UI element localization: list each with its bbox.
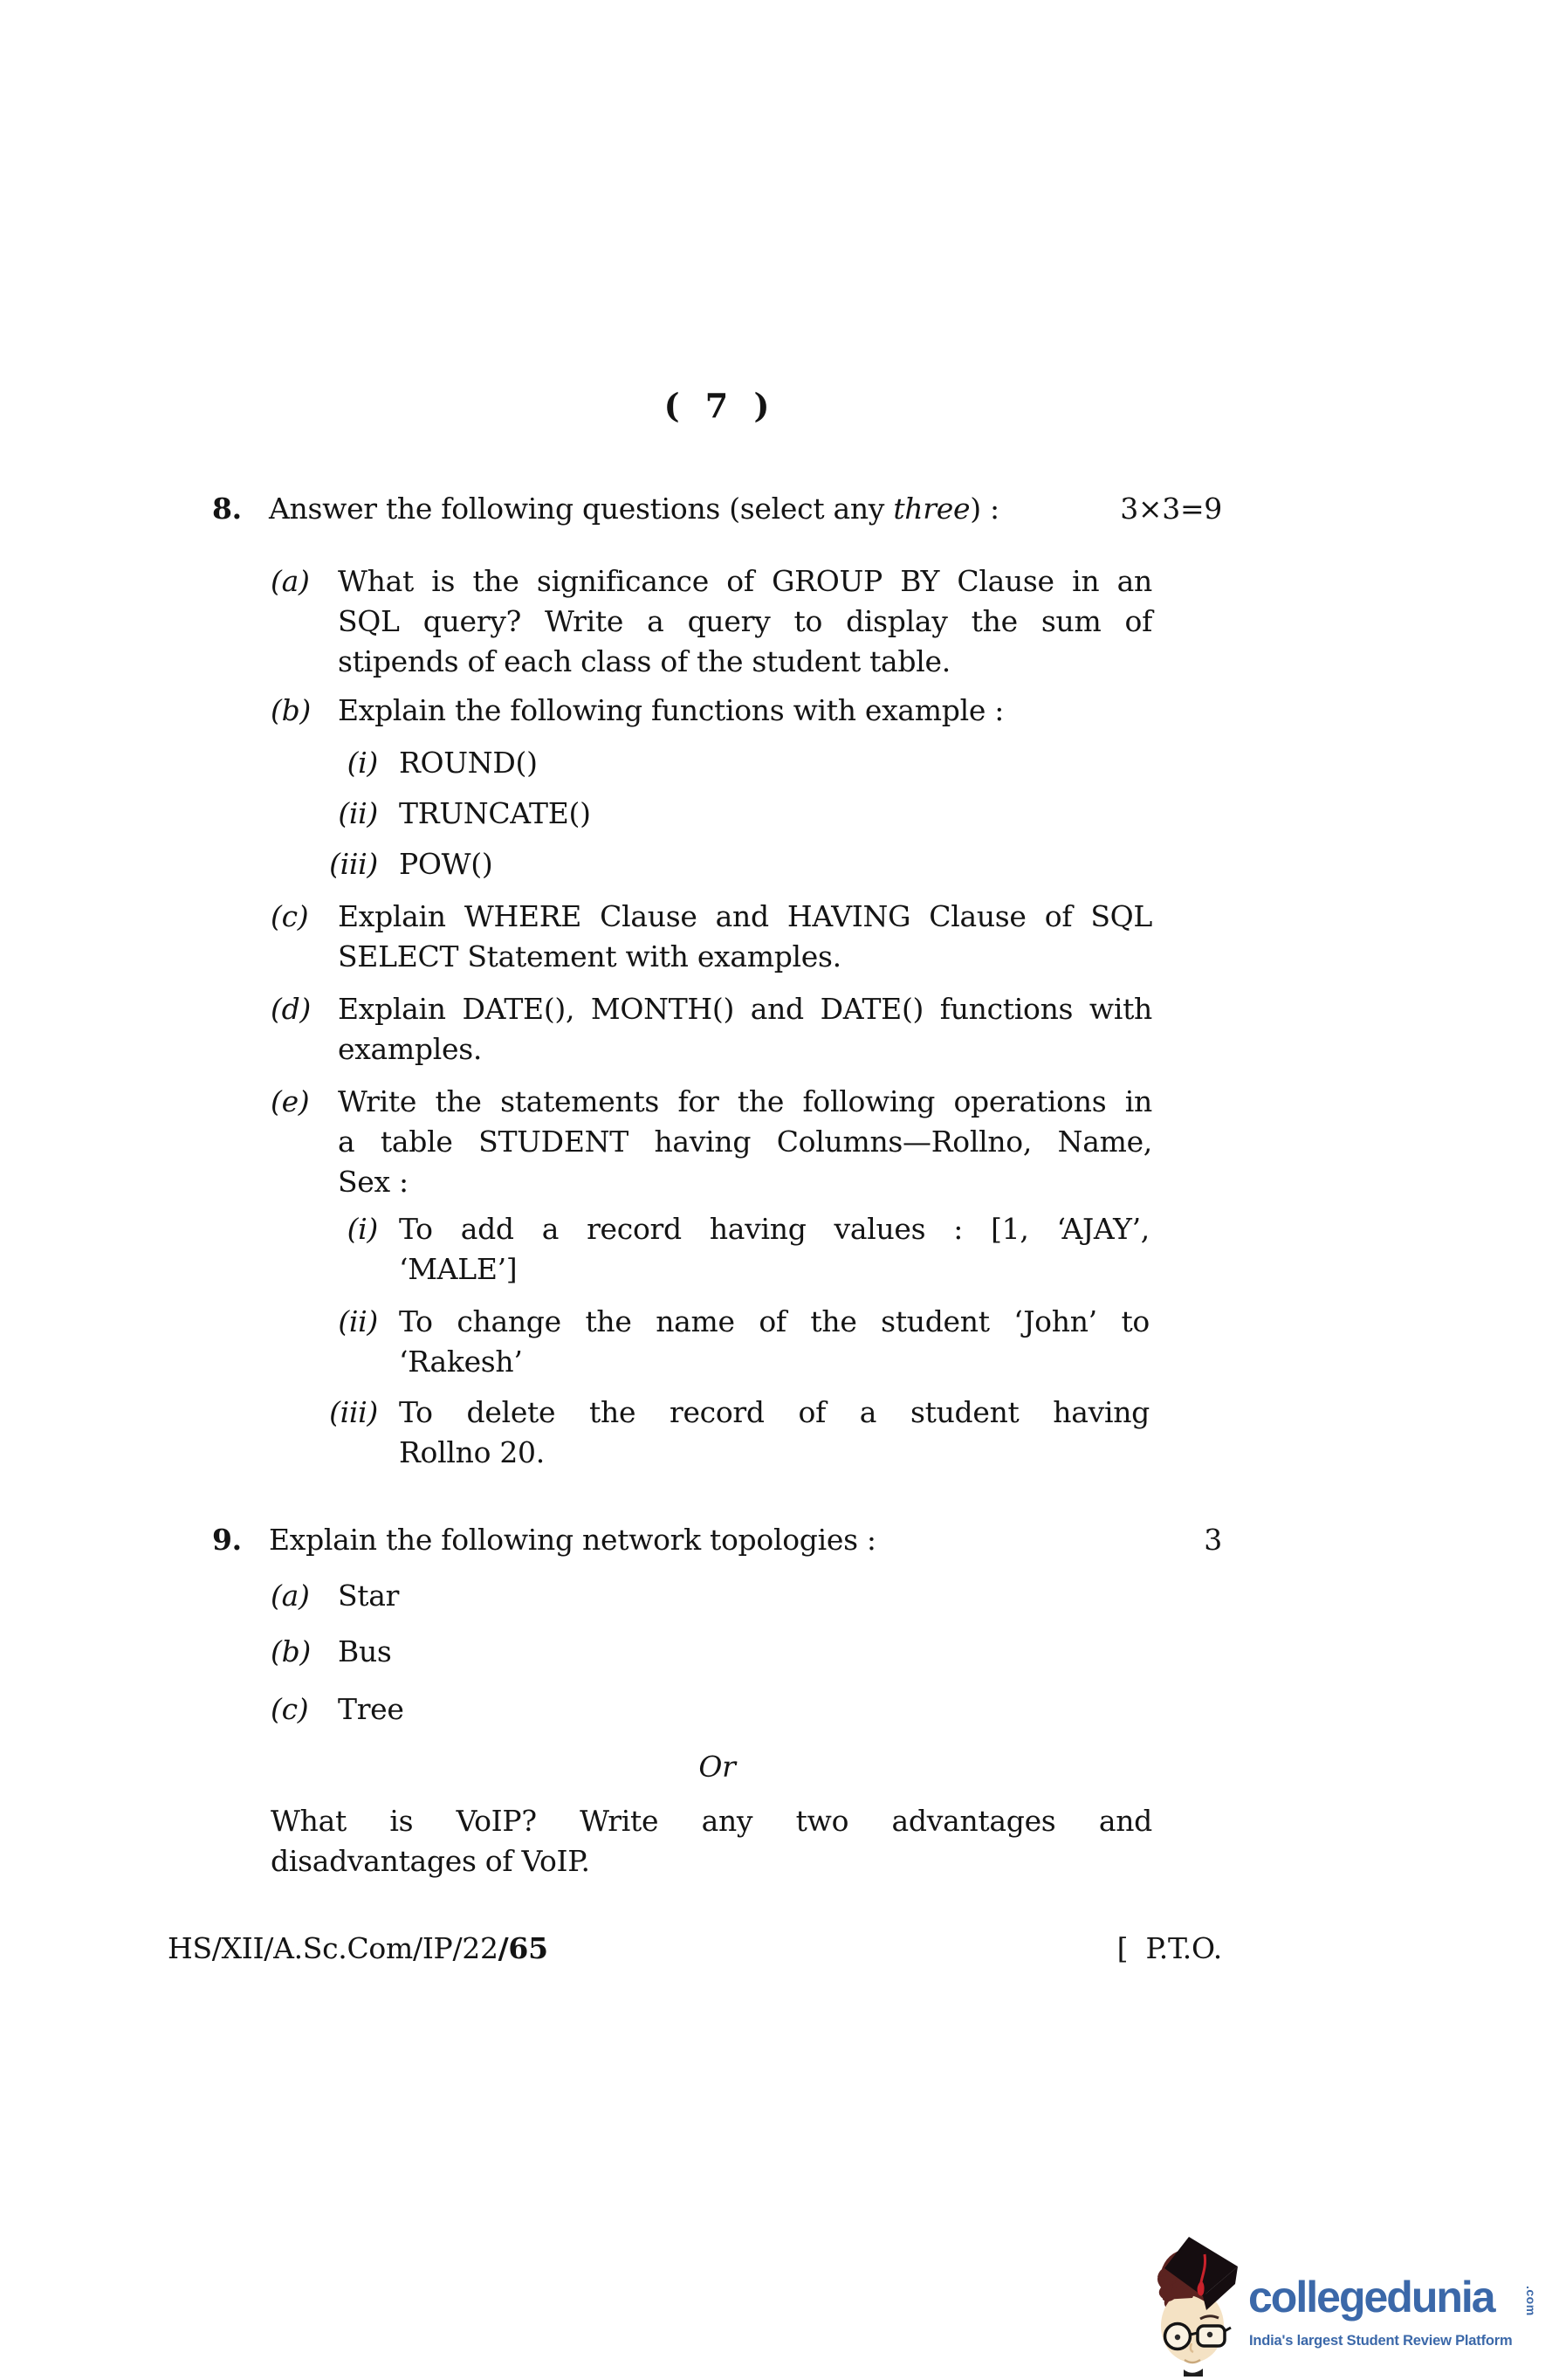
q9-item-a: (a) Star bbox=[271, 1576, 1222, 1616]
collegedunia-mascot-icon bbox=[1150, 2237, 1240, 2377]
text-line: TRUNCATE() bbox=[399, 794, 1150, 834]
q8-text-italic: three bbox=[893, 492, 970, 526]
q8-item-b-text: Explain the following functions with exa… bbox=[338, 691, 1152, 731]
text-line: Sex : bbox=[338, 1162, 1152, 1202]
q8-item-c-text: Explain WHERE Clause and HAVING Clause o… bbox=[338, 897, 1152, 977]
question-8-text: Answer the following questions (select a… bbox=[269, 489, 999, 529]
exam-paper-page: ( 7 ) 8. Answer the following questions … bbox=[0, 0, 1559, 2380]
text-line: Write the statements for the following o… bbox=[338, 1082, 1152, 1122]
q8-item-b-sub-iii: (iii) POW() bbox=[292, 844, 1222, 884]
page-content: ( 7 ) 8. Answer the following questions … bbox=[212, 386, 1222, 1881]
q8-text-post: ) : bbox=[970, 492, 999, 526]
q8-item-b-sub-i: (i) ROUND() bbox=[292, 743, 1222, 783]
text-line: To add a record having values : [1, ‘AJA… bbox=[399, 1209, 1150, 1249]
text-line: POW() bbox=[399, 844, 1150, 884]
sub-item-label: (iii) bbox=[292, 844, 378, 884]
text-line: ROUND() bbox=[399, 743, 1150, 783]
text-line: SELECT Statement with examples. bbox=[338, 937, 1152, 977]
q9-item-b-label: (b) bbox=[271, 1632, 338, 1672]
q8-item-c: (c) Explain WHERE Clause and HAVING Clau… bbox=[271, 897, 1222, 977]
q8-item-e-sub-iii: (iii) To delete the record of a student … bbox=[292, 1393, 1222, 1473]
q8-item-c-label: (c) bbox=[271, 897, 338, 977]
sub-item-label: (ii) bbox=[292, 1302, 378, 1382]
q9-item-b: (b) Bus bbox=[271, 1632, 1222, 1672]
paper-code-main: HS/XII/A.Sc.Com/IP/22 bbox=[168, 1931, 498, 1965]
q9-item-c: (c) Tree bbox=[271, 1689, 1222, 1730]
sub-item-text: ROUND() bbox=[399, 743, 1150, 783]
text-line: Explain WHERE Clause and HAVING Clause o… bbox=[338, 897, 1152, 937]
q8-item-b-label: (b) bbox=[271, 691, 338, 731]
q8-item-d-text: Explain DATE(), MONTH() and DATE() funct… bbox=[338, 989, 1152, 1070]
text-line: Explain DATE(), MONTH() and DATE() funct… bbox=[338, 989, 1152, 1029]
collegedunia-logo: collegedunia .com India's largest Studen… bbox=[1150, 2237, 1559, 2378]
question-9-number: 9. bbox=[212, 1520, 269, 1560]
text-line: SQL query? Write a query to display the … bbox=[338, 602, 1152, 642]
q8-item-e-sub-i: (i) To add a record having values : [1, … bbox=[292, 1209, 1222, 1290]
question-8-number: 8. bbox=[212, 489, 269, 529]
text-line: ‘Rakesh’ bbox=[399, 1342, 1150, 1382]
paper-code-suffix: /65 bbox=[498, 1931, 548, 1965]
q9-item-b-text: Bus bbox=[338, 1632, 1152, 1672]
collegedunia-tagline: India's largest Student Review Platform bbox=[1249, 2333, 1512, 2349]
q8-item-e-label: (e) bbox=[271, 1082, 338, 1202]
q8-text-pre: Answer the following questions (select a… bbox=[269, 492, 893, 526]
q8-item-e-text: Write the statements for the following o… bbox=[338, 1082, 1152, 1202]
sub-item-text: To add a record having values : [1, ‘AJA… bbox=[399, 1209, 1150, 1290]
text-line: stipends of each class of the student ta… bbox=[338, 642, 1152, 682]
sub-item-label: (ii) bbox=[292, 794, 378, 834]
q8-item-d: (d) Explain DATE(), MONTH() and DATE() f… bbox=[271, 989, 1222, 1070]
collegedunia-wordmark: collegedunia bbox=[1248, 2272, 1494, 2322]
q8-item-b: (b) Explain the following functions with… bbox=[271, 691, 1222, 731]
or-separator: Or bbox=[212, 1747, 1222, 1787]
q9-item-a-text: Star bbox=[338, 1576, 1152, 1616]
question-9-marks: 3 bbox=[1204, 1520, 1222, 1560]
q9-alternative-question: What is VoIP? Write any two advantages a… bbox=[271, 1801, 1152, 1881]
sub-item-label: (i) bbox=[292, 1209, 378, 1290]
q8-item-a-label: (a) bbox=[271, 561, 338, 682]
text-line: What is VoIP? Write any two advantages a… bbox=[271, 1801, 1152, 1841]
page-number: ( 7 ) bbox=[212, 386, 1222, 426]
question-8-heading: 8. Answer the following questions (selec… bbox=[212, 489, 1222, 529]
paper-code: HS/XII/A.Sc.Com/IP/22/65 bbox=[168, 1931, 548, 1965]
pto-label: [ P.T.O. bbox=[1117, 1931, 1222, 1965]
text-line: To change the name of the student ‘John’… bbox=[399, 1302, 1150, 1342]
text-line: What is the significance of GROUP BY Cla… bbox=[338, 561, 1152, 602]
q8-item-b-sub-ii: (ii) TRUNCATE() bbox=[292, 794, 1222, 834]
sub-item-text: POW() bbox=[399, 844, 1150, 884]
q9-item-c-label: (c) bbox=[271, 1689, 338, 1730]
question-9-text: Explain the following network topologies… bbox=[269, 1520, 876, 1560]
sub-item-text: TRUNCATE() bbox=[399, 794, 1150, 834]
q9-item-c-text: Tree bbox=[338, 1689, 1152, 1730]
sub-item-text: To change the name of the student ‘John’… bbox=[399, 1302, 1150, 1382]
text-line: Rollno 20. bbox=[399, 1433, 1150, 1473]
q8-item-a: (a) What is the significance of GROUP BY… bbox=[271, 561, 1222, 682]
q9-item-a-label: (a) bbox=[271, 1576, 338, 1616]
question-9-heading: 9. Explain the following network topolog… bbox=[212, 1520, 1222, 1560]
text-line: a table STUDENT having Columns—Rollno, N… bbox=[338, 1122, 1152, 1162]
q8-item-e-sub-ii: (ii) To change the name of the student ‘… bbox=[292, 1302, 1222, 1382]
question-8-marks: 3×3=9 bbox=[1120, 489, 1222, 529]
sub-item-label: (iii) bbox=[292, 1393, 378, 1473]
q8-item-d-label: (d) bbox=[271, 989, 338, 1070]
text-line: To delete the record of a student having bbox=[399, 1393, 1150, 1433]
text-line: ‘MALE’] bbox=[399, 1249, 1150, 1290]
collegedunia-tld: .com bbox=[1524, 2286, 1538, 2316]
sub-item-label: (i) bbox=[292, 743, 378, 783]
q8-item-a-text: What is the significance of GROUP BY Cla… bbox=[338, 561, 1152, 682]
text-line: disadvantages of VoIP. bbox=[271, 1841, 1152, 1881]
text-line: Explain the following functions with exa… bbox=[338, 691, 1152, 731]
sub-item-text: To delete the record of a student having… bbox=[399, 1393, 1150, 1473]
q8-item-e: (e) Write the statements for the followi… bbox=[271, 1082, 1222, 1202]
page-footer: HS/XII/A.Sc.Com/IP/22/65 [ P.T.O. bbox=[168, 1931, 1222, 1965]
text-line: examples. bbox=[338, 1029, 1152, 1070]
